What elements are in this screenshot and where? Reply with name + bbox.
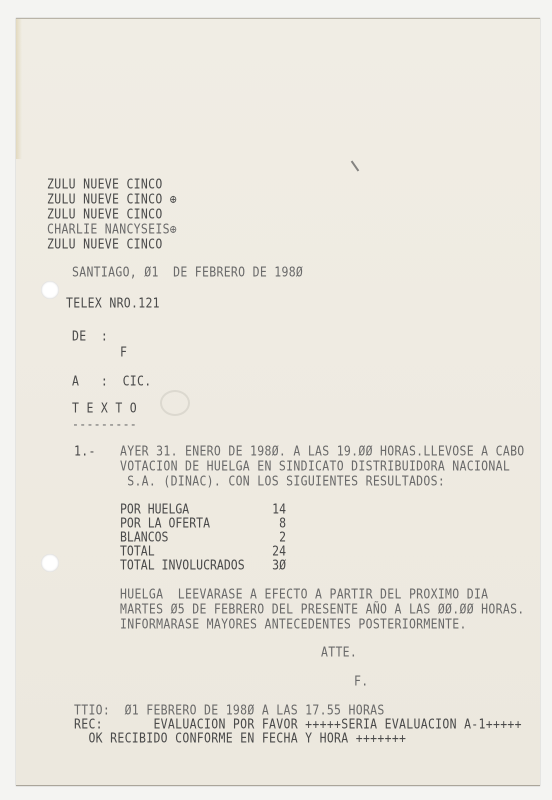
texto-underline: --------- bbox=[72, 416, 137, 432]
punch-hole-top bbox=[41, 281, 59, 299]
closing: ATTE. bbox=[321, 644, 357, 660]
result-value: 3Ø bbox=[246, 557, 286, 573]
callsign-line-3: ZULU NUEVE CINCO bbox=[47, 206, 163, 222]
place-date: SANTIAGO, Ø1 DE FEBRERO DE 198Ø bbox=[72, 264, 303, 280]
telex-number: TELEX NRO.121 bbox=[66, 295, 160, 311]
callsign-line-1: ZULU NUEVE CINCO bbox=[47, 176, 163, 192]
from-value: F bbox=[120, 344, 127, 360]
result-label: TOTAL INVOLUCRADOS bbox=[120, 557, 245, 573]
footer-ok: OK RECIBIDO CONFORME EN FECHA Y HORA +++… bbox=[74, 730, 406, 746]
from-label: DE : bbox=[72, 328, 108, 344]
paragraph1-line-3: S.A. (DINAC). CON LOS SIGUIENTES RESULTA… bbox=[120, 473, 445, 489]
stamp-smudge bbox=[160, 390, 190, 416]
callsign-line-2: ZULU NUEVE CINCO ⊕ bbox=[47, 191, 177, 207]
to-line: A : CIC. bbox=[72, 373, 151, 389]
punch-hole-bottom bbox=[41, 554, 59, 572]
paragraph1-line-2: VOTACION DE HUELGA EN SINDICATO DISTRIBU… bbox=[120, 458, 510, 474]
paragraph1-line-1: AYER 31. ENERO DE 198Ø. A LAS 19.ØØ HORA… bbox=[120, 443, 525, 459]
callsign-line-4: CHARLIE NANCYSEIS⊕ bbox=[47, 221, 177, 237]
texto-heading: T E X T O bbox=[72, 400, 137, 416]
callsign-line-5: ZULU NUEVE CINCO bbox=[47, 236, 163, 252]
paragraph2-line-1: HUELGA LEEVARASE A EFECTO A PARTIR DEL P… bbox=[120, 586, 488, 602]
item-number: 1.- bbox=[74, 443, 96, 459]
paragraph2-line-2: MARTES Ø5 DE FEBRERO DEL PRESENTE AÑO A … bbox=[120, 601, 525, 617]
signature: F. bbox=[354, 673, 368, 689]
paragraph2-line-3: INFORMARASE MAYORES ANTECEDENTES POSTERI… bbox=[120, 616, 467, 632]
